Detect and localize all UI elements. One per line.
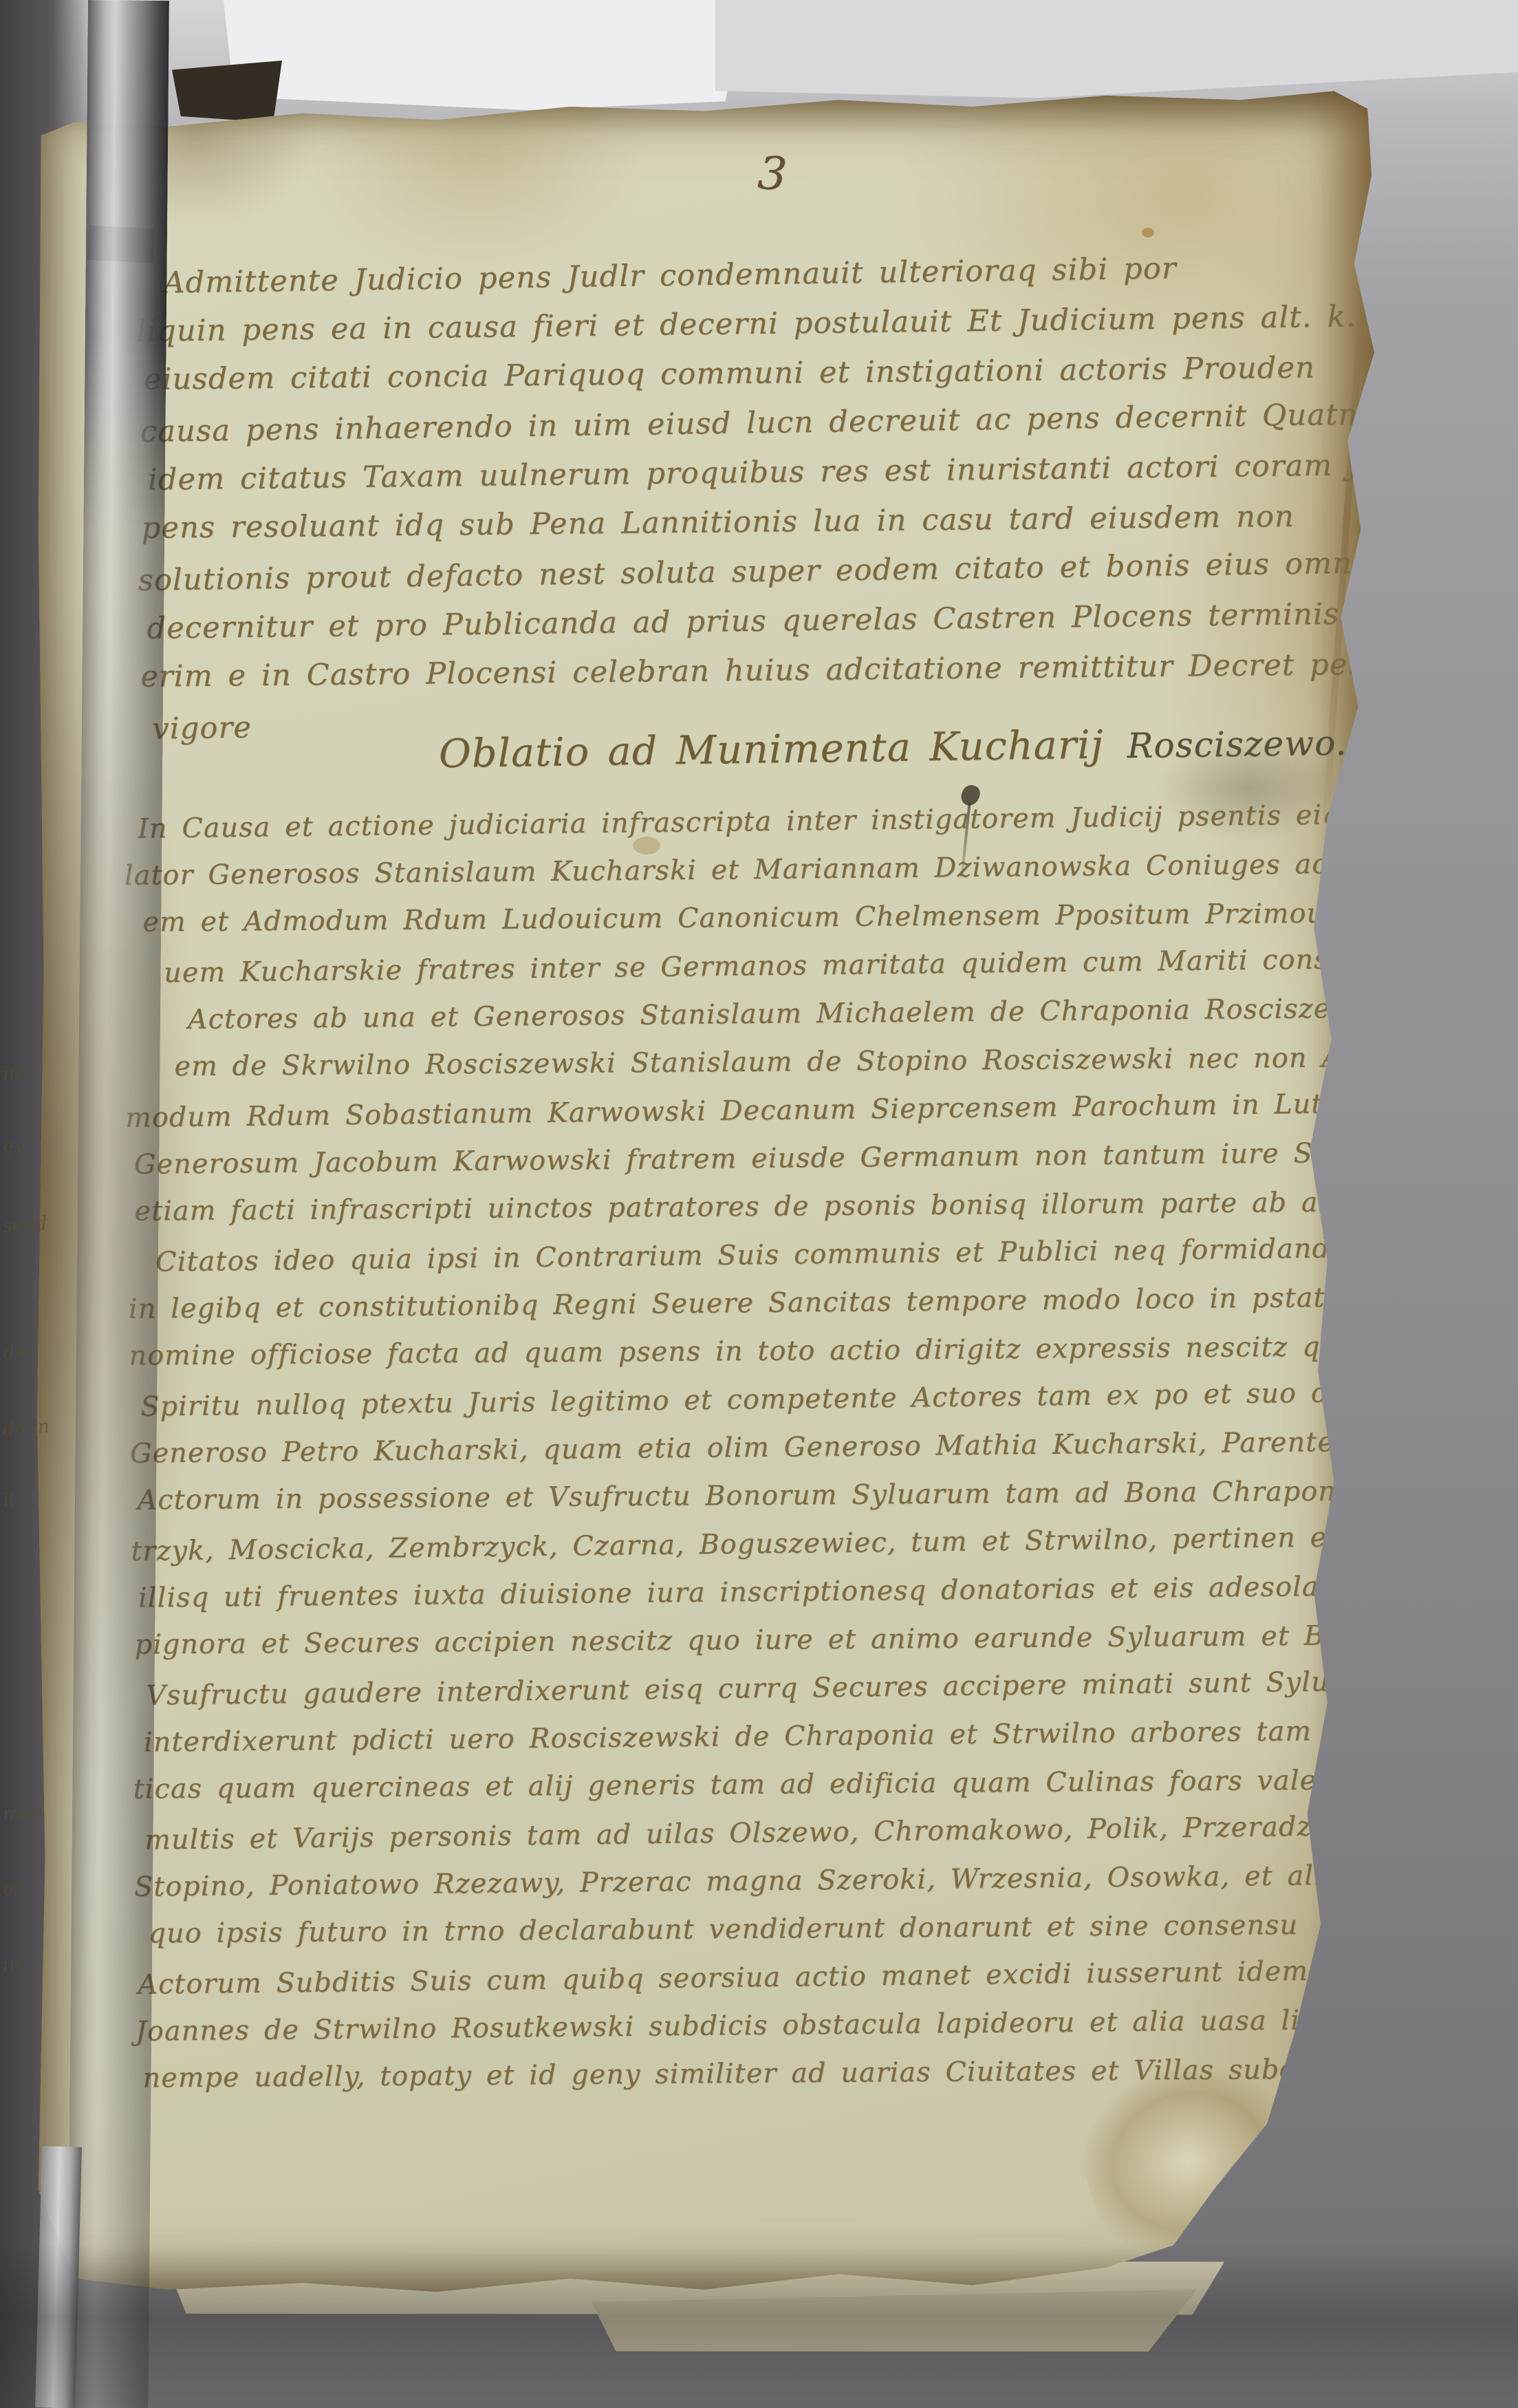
manuscript-page: 3 Admittente Judicio pens Judlr condemna…: [34, 87, 1374, 2301]
page-number: 3: [756, 147, 789, 202]
binding-gap-shadow: [172, 61, 282, 122]
margin-fragment: ey: [2, 1135, 25, 1157]
margin-fragment: send: [2, 1213, 48, 1237]
margin-fragment: ini: [2, 1062, 28, 1085]
margin-fragment: do in: [2, 1416, 50, 1441]
oblatio-body-text: In Causa et actione judiciaria infrascri…: [116, 790, 1518, 2104]
foxing-spot: [1142, 228, 1154, 237]
opening-decree-text: Admittente Judicio pens Judlr condemnaui…: [134, 241, 1460, 753]
heading-text: Oblatio ad Munimenta Kucharij: [439, 722, 1105, 777]
margin-fragment: in: [2, 1953, 21, 1976]
manuscript-line: ticas quam quercineas et alij generis ta…: [124, 1754, 1518, 1813]
margin-fragment: et: [2, 1878, 22, 1900]
margin-fragment: il: [2, 1489, 15, 1511]
heading-appended-placename: Rosciszewo.: [1127, 723, 1347, 766]
backing-sheet-right: [715, 0, 1518, 103]
margin-fragment: de: [2, 1341, 26, 1364]
margin-fragment: man: [2, 1801, 44, 1825]
manuscript-line: nempe uadelly, topaty et id geny similit…: [128, 2043, 1518, 2102]
table-shadow: [0, 2243, 1518, 2408]
backing-sheet: [224, 0, 746, 110]
photograph-backdrop: 3 Admittente Judicio pens Judlr condemna…: [0, 0, 1518, 2408]
